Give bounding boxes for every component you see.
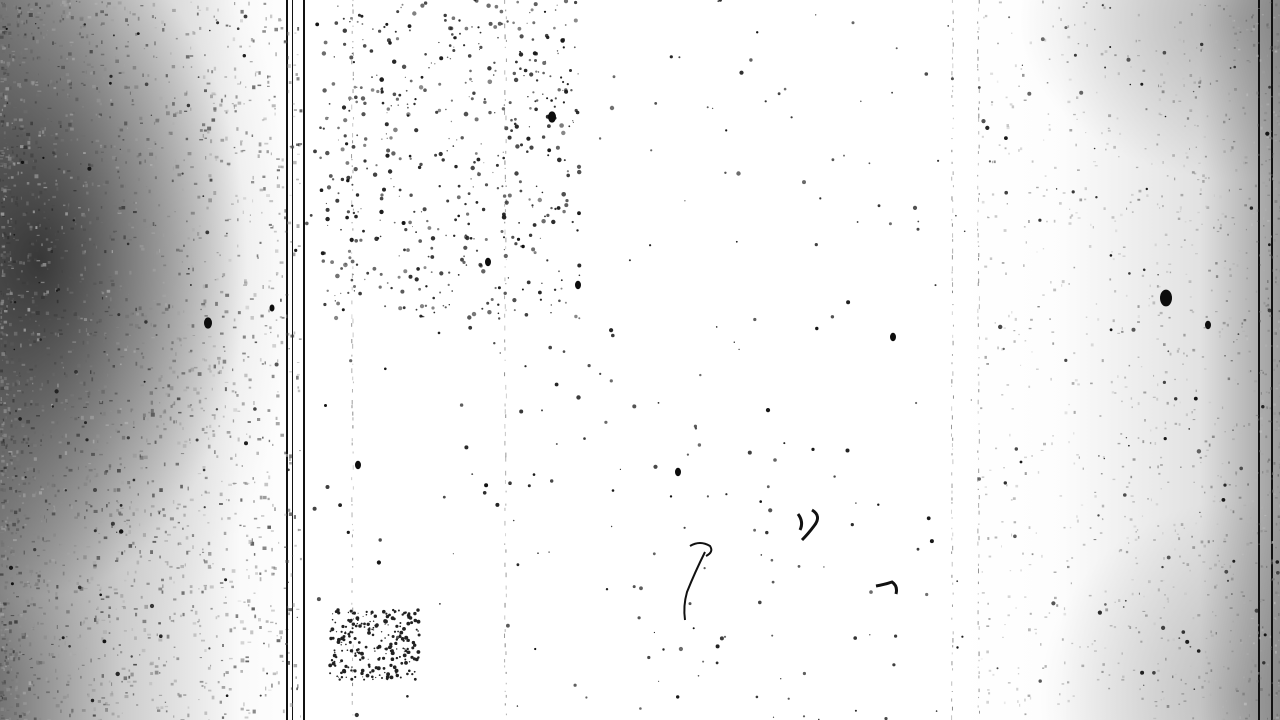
dust-specks-layer [0, 0, 1280, 720]
